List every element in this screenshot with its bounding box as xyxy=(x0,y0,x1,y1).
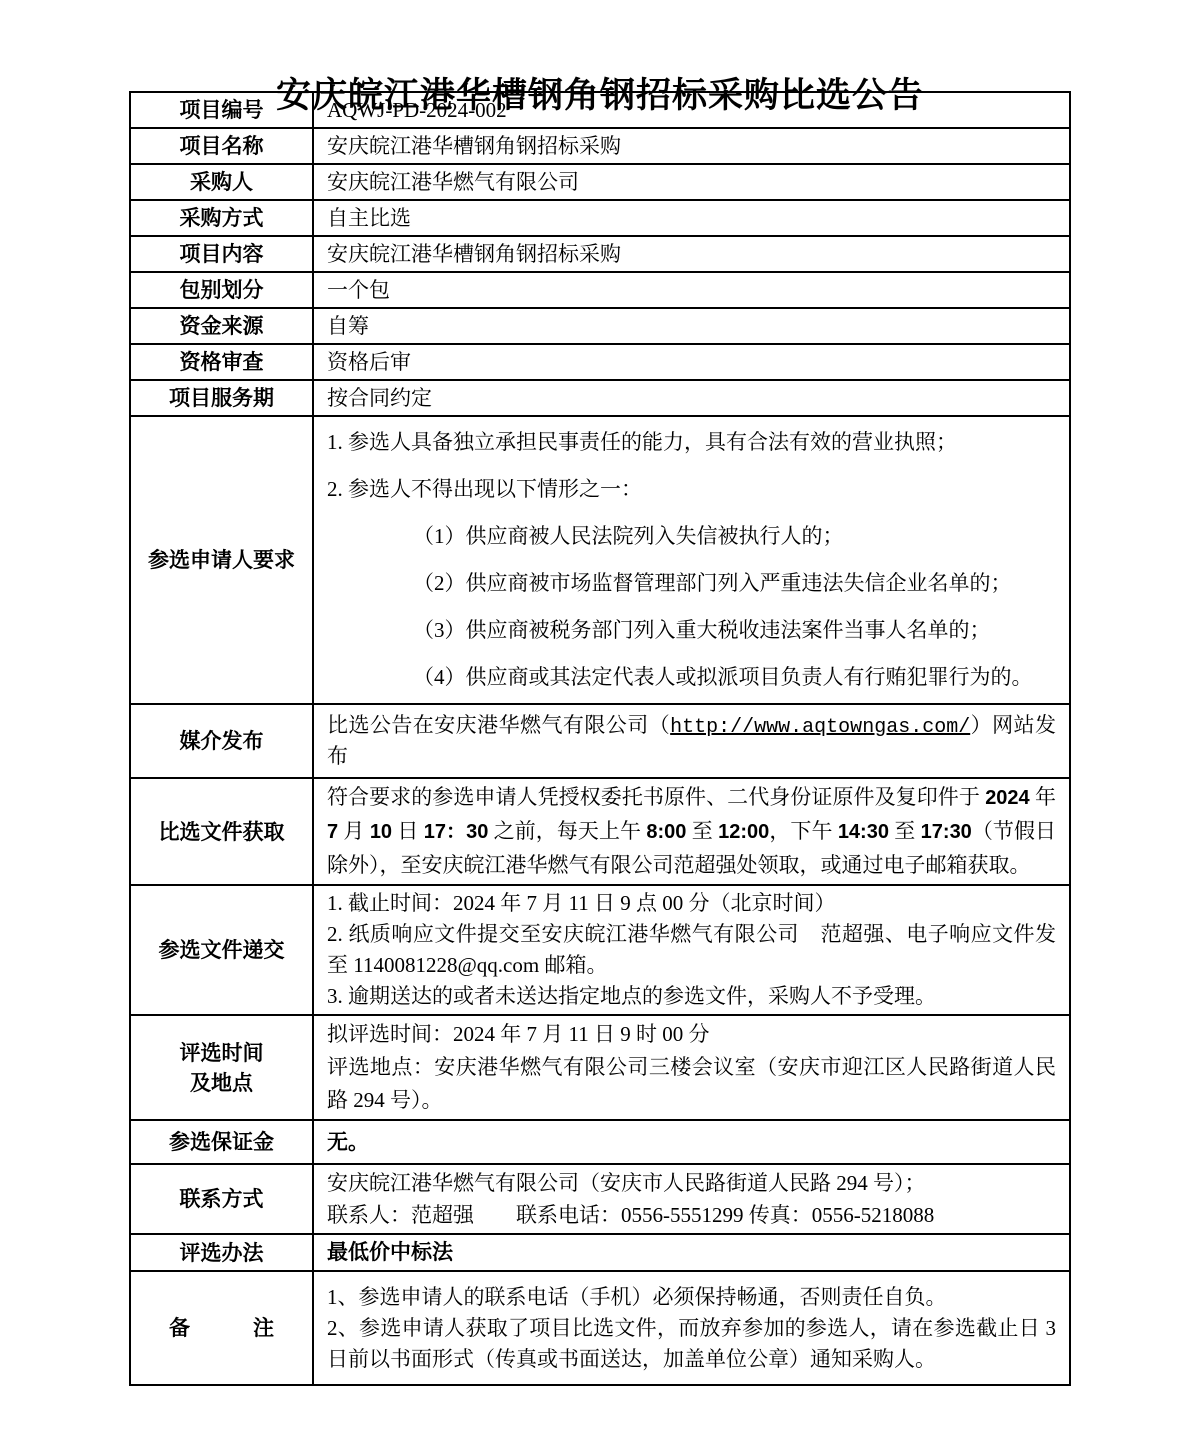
package-division-value: 一个包 xyxy=(313,272,1070,308)
paragraph: 1. 截止时间：2024 年 7 月 11 日 9 点 00 分（北京时间） xyxy=(327,888,1056,919)
website-link[interactable]: http://www.aqtowngas.com/ xyxy=(670,716,970,739)
project-content-value: 安庆皖江港华槽钢角钢招标采购 xyxy=(313,236,1070,272)
procurement-method-label: 采购方式 xyxy=(130,200,313,236)
document-submission-value: 1. 截止时间：2024 年 7 月 11 日 9 点 00 分（北京时间）2.… xyxy=(313,885,1070,1015)
text-segment: ，下午 xyxy=(769,819,838,843)
row-package-division: 包别划分 一个包 xyxy=(130,272,1070,308)
applicant-requirements-value: 1. 参选人具备独立承担民事责任的能力，具有合法有效的营业执照；2. 参选人不得… xyxy=(313,416,1070,704)
remarks-value: 1、参选申请人的联系电话（手机）必须保持畅通，否则责任自负。2、参选申请人获取了… xyxy=(313,1271,1070,1385)
funding-source-label: 资金来源 xyxy=(130,308,313,344)
contact-info-label: 联系方式 xyxy=(130,1164,313,1234)
text-segment: 年 xyxy=(1030,785,1056,809)
media-publication-label: 媒介发布 xyxy=(130,704,313,778)
contact-info-value: 安庆皖江港华燃气有限公司（安庆市人民路街道人民路 294 号）；联系人：范超强 … xyxy=(313,1164,1070,1234)
paragraph: 2. 纸质响应文件提交至安庆皖江港华燃气有限公司 范超强、电子响应文件发至 11… xyxy=(327,919,1056,981)
media-publication-value: 比选公告在安庆港华燃气有限公司（http://www.aqtowngas.com… xyxy=(313,704,1070,778)
paragraph: 联系人：范超强 联系电话：0556-5551299 传真：0556-521808… xyxy=(327,1199,1056,1231)
paragraph: （2）供应商被市场监督管理部门列入严重违法失信企业名单的； xyxy=(327,560,1056,607)
text-segment: 比选公告在安庆港华燃气有限公司（ xyxy=(327,713,670,737)
evaluation-time-place-value: 拟评选时间：2024 年 7 月 11 日 9 时 00 分评选地点：安庆港华燃… xyxy=(313,1015,1070,1120)
text-segment: 7 xyxy=(327,821,338,843)
bid-deposit-value: 无。 xyxy=(313,1120,1070,1164)
row-bid-deposit: 参选保证金 无。 xyxy=(130,1120,1070,1164)
row-purchaser: 采购人 安庆皖江港华燃气有限公司 xyxy=(130,164,1070,200)
qualification-review-value: 资格后审 xyxy=(313,344,1070,380)
evaluation-time-place-label: 评选时间 及地点 xyxy=(130,1015,313,1120)
paragraph: 拟评选时间：2024 年 7 月 11 日 9 时 00 分 xyxy=(327,1018,1056,1051)
document-page: 安庆皖江港华槽钢角钢招标采购比选公告 项目编号 AQWJ-PD-2024-002… xyxy=(0,0,1200,1454)
bid-deposit-label: 参选保证金 xyxy=(130,1120,313,1164)
evaluation-method-value: 最低价中标法 xyxy=(313,1234,1070,1271)
text-segment: 日 xyxy=(392,819,424,843)
document-obtain-value: 符合要求的参选申请人凭授权委托书原件、二代身份证原件及复印件于 2024 年 7… xyxy=(313,778,1070,885)
purchaser-value: 安庆皖江港华燃气有限公司 xyxy=(313,164,1070,200)
paragraph: 安庆皖江港华燃气有限公司（安庆市人民路街道人民路 294 号）； xyxy=(327,1167,1056,1199)
page-title: 安庆皖江港华槽钢角钢招标采购比选公告 xyxy=(0,0,1200,76)
project-name-value: 安庆皖江港华槽钢角钢招标采购 xyxy=(313,128,1070,164)
paragraph: 2、参选申请人获取了项目比选文件，而放弃参加的参选人，请在参选截止日 3 日前以… xyxy=(327,1313,1056,1375)
text-segment: 月 xyxy=(338,819,370,843)
evaluation-method-label: 评选办法 xyxy=(130,1234,313,1271)
text-segment: 之前，每天上午 xyxy=(488,819,646,843)
row-document-obtain: 比选文件获取 符合要求的参选申请人凭授权委托书原件、二代身份证原件及复印件于 2… xyxy=(130,778,1070,885)
row-project-content: 项目内容 安庆皖江港华槽钢角钢招标采购 xyxy=(130,236,1070,272)
remarks-label: 备 注 xyxy=(130,1271,313,1385)
funding-source-value: 自筹 xyxy=(313,308,1070,344)
row-evaluation-time-place: 评选时间 及地点 拟评选时间：2024 年 7 月 11 日 9 时 00 分评… xyxy=(130,1015,1070,1120)
paragraph: 评选地点：安庆港华燃气有限公司三楼会议室（安庆市迎江区人民路街道人民路 294 … xyxy=(327,1051,1056,1117)
paragraph: （3）供应商被税务部门列入重大税收违法案件当事人名单的； xyxy=(327,607,1056,654)
row-funding-source: 资金来源 自筹 xyxy=(130,308,1070,344)
purchaser-label: 采购人 xyxy=(130,164,313,200)
project-name-label: 项目名称 xyxy=(130,128,313,164)
text-segment: 至 xyxy=(889,819,921,843)
row-applicant-requirements: 参选申请人要求 1. 参选人具备独立承担民事责任的能力，具有合法有效的营业执照；… xyxy=(130,416,1070,704)
paragraph: 2. 参选人不得出现以下情形之一： xyxy=(327,466,1056,513)
row-remarks: 备 注 1、参选申请人的联系电话（手机）必须保持畅通，否则责任自负。2、参选申请… xyxy=(130,1271,1070,1385)
row-media-publication: 媒介发布 比选公告在安庆港华燃气有限公司（http://www.aqtownga… xyxy=(130,704,1070,778)
paragraph: 1、参选申请人的联系电话（手机）必须保持畅通，否则责任自负。 xyxy=(327,1282,1056,1313)
paragraph: 3. 逾期送达的或者未送达指定地点的参选文件，采购人不予受理。 xyxy=(327,981,1056,1012)
document-obtain-label: 比选文件获取 xyxy=(130,778,313,885)
row-evaluation-method: 评选办法 最低价中标法 xyxy=(130,1234,1070,1271)
text-segment: 至 xyxy=(686,819,718,843)
document-submission-label: 参选文件递交 xyxy=(130,885,313,1015)
service-period-label: 项目服务期 xyxy=(130,380,313,416)
row-service-period: 项目服务期 按合同约定 xyxy=(130,380,1070,416)
row-contact-info: 联系方式 安庆皖江港华燃气有限公司（安庆市人民路街道人民路 294 号）；联系人… xyxy=(130,1164,1070,1234)
paragraph: 1. 参选人具备独立承担民事责任的能力，具有合法有效的营业执照； xyxy=(327,419,1056,466)
text-segment: 2024 xyxy=(985,787,1030,809)
row-procurement-method: 采购方式 自主比选 xyxy=(130,200,1070,236)
row-project-name: 项目名称 安庆皖江港华槽钢角钢招标采购 xyxy=(130,128,1070,164)
text-segment: 符合要求的参选申请人凭授权委托书原件、二代身份证原件及复印件于 xyxy=(327,785,985,809)
text-segment: 14:30 xyxy=(838,821,889,843)
text-segment: 12:00 xyxy=(718,821,769,843)
row-qualification-review: 资格审查 资格后审 xyxy=(130,344,1070,380)
row-document-submission: 参选文件递交 1. 截止时间：2024 年 7 月 11 日 9 点 00 分（… xyxy=(130,885,1070,1015)
procurement-method-value: 自主比选 xyxy=(313,200,1070,236)
text-segment: 10 xyxy=(370,821,392,843)
applicant-requirements-label: 参选申请人要求 xyxy=(130,416,313,704)
announcement-table: 项目编号 AQWJ-PD-2024-002 项目名称 安庆皖江港华槽钢角钢招标采… xyxy=(129,91,1071,1386)
qualification-review-label: 资格审查 xyxy=(130,344,313,380)
service-period-value: 按合同约定 xyxy=(313,380,1070,416)
text-segment: 17：30 xyxy=(424,821,489,843)
text-segment: 17:30 xyxy=(921,821,972,843)
paragraph: （1）供应商被人民法院列入失信被执行人的； xyxy=(327,513,1056,560)
package-division-label: 包别划分 xyxy=(130,272,313,308)
project-content-label: 项目内容 xyxy=(130,236,313,272)
paragraph: （4）供应商或其法定代表人或拟派项目负责人有行贿犯罪行为的。 xyxy=(327,654,1056,701)
text-segment: 8:00 xyxy=(646,821,686,843)
